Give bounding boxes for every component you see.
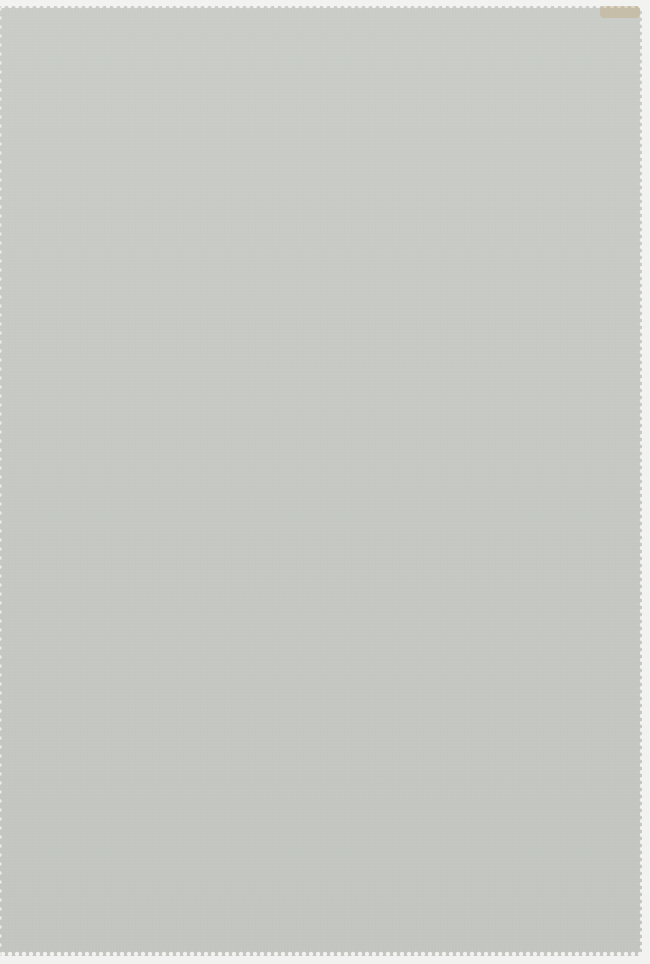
perforated-edge-top <box>0 3 642 9</box>
perforated-edge-bottom <box>0 951 642 957</box>
paper-stain <box>600 6 640 18</box>
perforated-edge-right <box>639 6 645 956</box>
perforated-edge-left <box>0 6 3 956</box>
letter-card <box>0 6 642 956</box>
